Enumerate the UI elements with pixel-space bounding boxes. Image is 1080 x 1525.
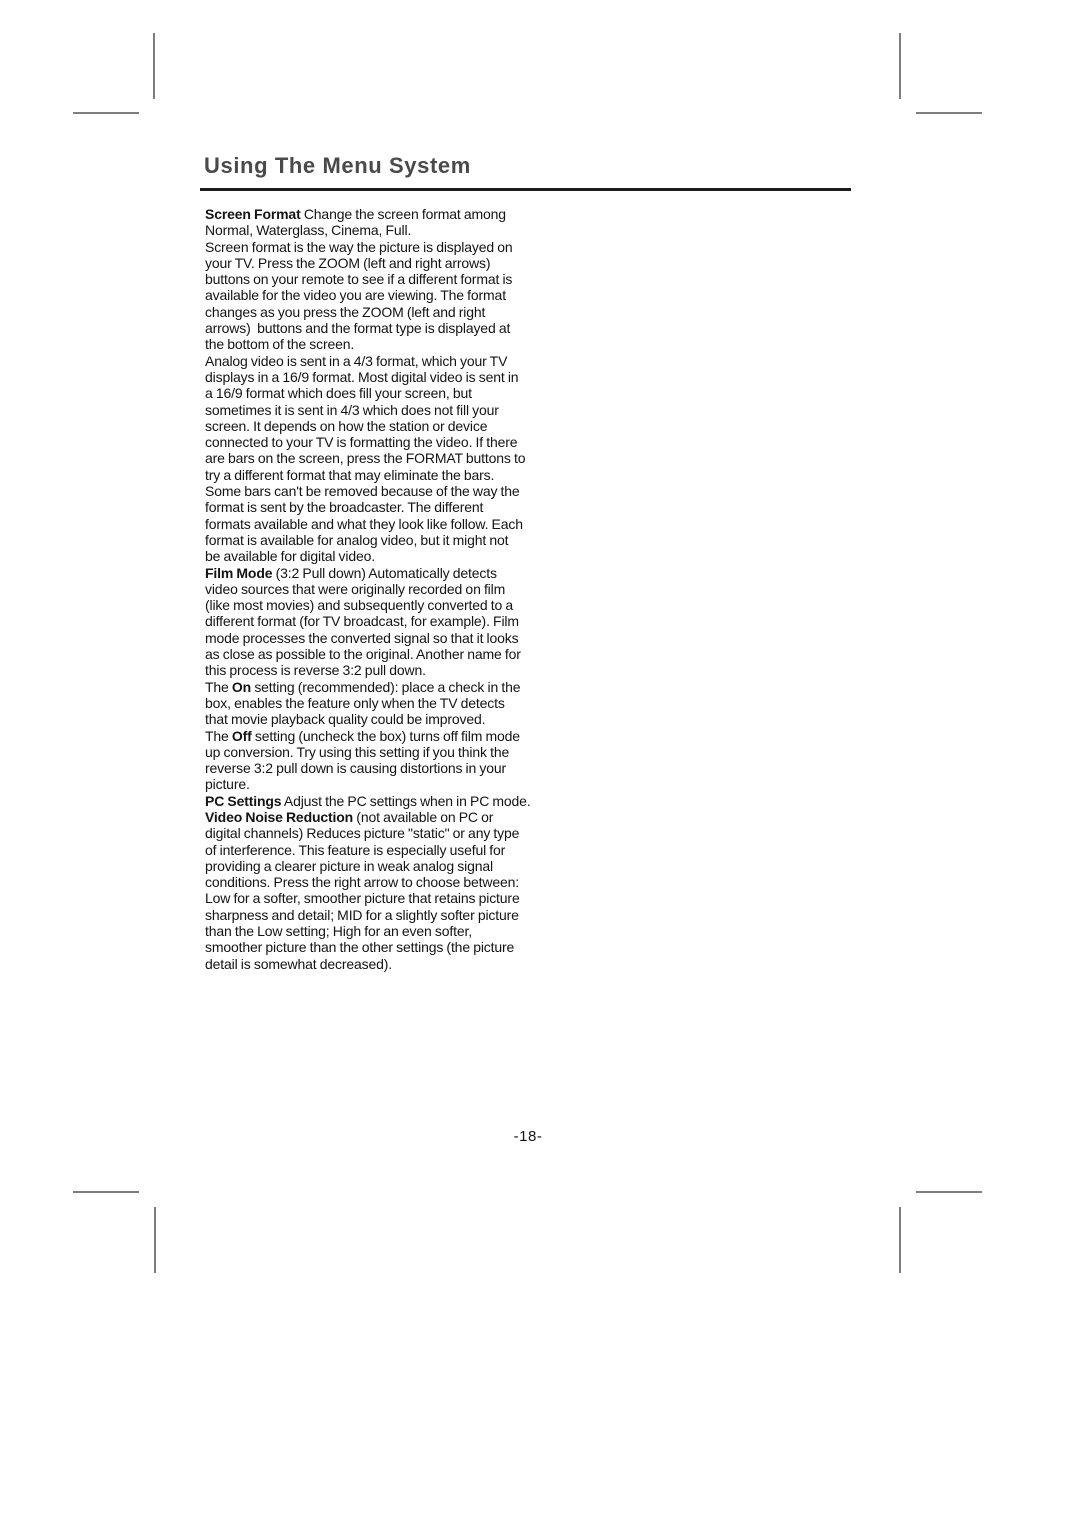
body-text-line: screen. It depends on how the station or… — [205, 418, 600, 434]
crop-mark-bottom-left-horizontal — [73, 1191, 139, 1193]
body-text-line: sometimes it is sent in 4/3 which does n… — [205, 402, 600, 418]
body-text-line: connected to your TV is formatting the v… — [205, 434, 600, 450]
body-text-line: digital channels) Reduces picture "stati… — [205, 825, 600, 841]
body-text-line: Film Mode (3:2 Pull down) Automatically … — [205, 565, 600, 581]
crop-mark-bottom-right-vertical — [899, 1207, 901, 1273]
body-text-line: your TV. Press the ZOOM (left and right … — [205, 255, 600, 271]
body-text-line: different format (for TV broadcast, for … — [205, 613, 600, 629]
body-text-line: the bottom of the screen. — [205, 336, 600, 352]
body-text-line: changes as you press the ZOOM (left and … — [205, 304, 600, 320]
body-text-line: conditions. Press the right arrow to cho… — [205, 874, 600, 890]
crop-mark-bottom-left-vertical — [154, 1207, 156, 1273]
body-text-line: Screen Format Change the screen format a… — [205, 206, 600, 222]
body-text-line: arrows) buttons and the format type is d… — [205, 320, 600, 336]
crop-mark-top-right-vertical — [899, 33, 901, 99]
body-text-line: Screen format is the way the picture is … — [205, 239, 600, 255]
body-text-line: The Off setting (uncheck the box) turns … — [205, 728, 600, 744]
crop-mark-top-left-horizontal — [73, 112, 139, 114]
body-text-line: a 16/9 format which does fill your scree… — [205, 385, 600, 401]
body-text-line: Video Noise Reduction (not available on … — [205, 809, 600, 825]
crop-mark-top-left-vertical — [153, 33, 155, 99]
body-text-line: displays in a 16/9 format. Most digital … — [205, 369, 600, 385]
page-title: Using The Menu System — [204, 153, 471, 179]
body-text-line: are bars on the screen, press the FORMAT… — [205, 450, 600, 466]
body-text-line: try a different format that may eliminat… — [205, 467, 600, 483]
body-text-line: (like most movies) and subsequently conv… — [205, 597, 600, 613]
body-text-line: as close as possible to the original. An… — [205, 646, 600, 662]
body-text-line: format is sent by the broadcaster. The d… — [205, 499, 600, 515]
body-text-line: Some bars can't be removed because of th… — [205, 483, 600, 499]
body-text-line: PC Settings Adjust the PC settings when … — [205, 793, 600, 809]
body-text-line: Analog video is sent in a 4/3 format, wh… — [205, 353, 600, 369]
body-text-line: available for the video you are viewing.… — [205, 287, 600, 303]
page-number: -18- — [205, 1128, 851, 1145]
body-text-line: detail is somewhat decreased). — [205, 956, 600, 972]
body-text-line: this process is reverse 3:2 pull down. — [205, 662, 600, 678]
crop-mark-bottom-right-horizontal — [916, 1191, 982, 1193]
manual-page: Using The Menu System Screen Format Chan… — [0, 0, 1080, 1525]
body-text-line: Low for a softer, smoother picture that … — [205, 890, 600, 906]
body-text-line: providing a clearer picture in weak anal… — [205, 858, 600, 874]
body-text-line: smoother picture than the other settings… — [205, 939, 600, 955]
body-text-line: reverse 3:2 pull down is causing distort… — [205, 760, 600, 776]
body-text-line: picture. — [205, 776, 600, 792]
body-text-line: box, enables the feature only when the T… — [205, 695, 600, 711]
body-text: Screen Format Change the screen format a… — [205, 206, 600, 972]
body-text-line: format is available for analog video, bu… — [205, 532, 600, 548]
body-text-line: be available for digital video. — [205, 548, 600, 564]
body-text-line: than the Low setting; High for an even s… — [205, 923, 600, 939]
body-text-line: mode processes the converted signal so t… — [205, 630, 600, 646]
body-text-line: Normal, Waterglass, Cinema, Full. — [205, 222, 600, 238]
body-text-line: sharpness and detail; MID for a slightly… — [205, 907, 600, 923]
body-text-line: The On setting (recommended): place a ch… — [205, 679, 600, 695]
body-text-line: buttons on your remote to see if a diffe… — [205, 271, 600, 287]
body-text-line: that movie playback quality could be imp… — [205, 711, 600, 727]
body-text-line: video sources that were originally recor… — [205, 581, 600, 597]
body-text-line: of interference. This feature is especia… — [205, 842, 600, 858]
body-text-line: formats available and what they look lik… — [205, 516, 600, 532]
body-text-line: up conversion. Try using this setting if… — [205, 744, 600, 760]
title-underline-rule — [200, 188, 851, 191]
crop-mark-top-right-horizontal — [916, 112, 982, 114]
